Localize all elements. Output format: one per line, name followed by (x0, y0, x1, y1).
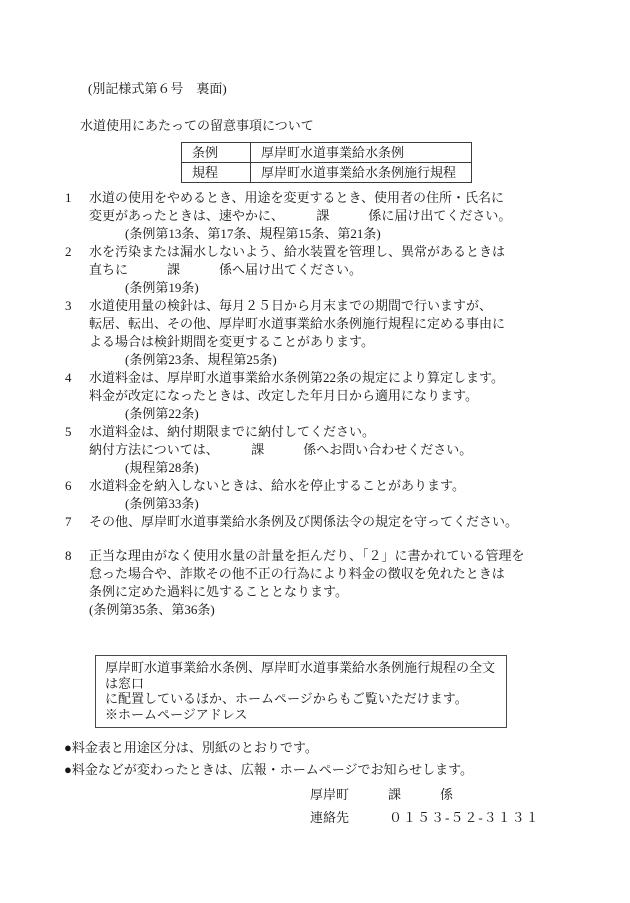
item-citation: (条例第33条) (89, 495, 580, 513)
info-line: に配置しているほか、ホームページからもご覧いただけます。 (105, 691, 497, 707)
item-line: 水道料金は、厚岸町水道事業給水条例第22条の規定により算定します。 (89, 369, 580, 387)
item-line: 料金が改定になったときは、改定した年月日から適用になります。 (89, 387, 580, 405)
info-line: ※ホームページアドレス (105, 707, 497, 723)
item-line: 水道使用量の検針は、毎月２５日から月末までの期間で行いますが、 (89, 297, 580, 315)
contact-phone: ０１５３-５２-３１３１ (389, 809, 540, 827)
item-line: その他、厚岸町水道事業給水条例及び関係法令の規定を守ってください。 (89, 513, 580, 531)
notice-list: 1 水道の使用をやめるとき、用途を変更するとき、使用者の住所・氏名に 変更があっ… (64, 189, 580, 619)
item-number: 3 (64, 297, 89, 369)
list-item: 6 水道料金を納入しないときは、給水を停止することがあります。 (条例第33条) (64, 477, 580, 513)
footer: 厚岸町 課 係 連絡先 ０１５３-５２-３１３１ (310, 786, 580, 827)
bullet-icon: ● (64, 759, 72, 781)
item-citation: (条例第19条) (89, 279, 580, 297)
item-line: 水道料金を納入しないときは、給水を停止することがあります。 (89, 477, 580, 495)
list-item: 7 その他、厚岸町水道事業給水条例及び関係法令の規定を守ってください。 (64, 513, 580, 531)
item-line: 水道料金は、納付期限までに納付してください。 (89, 423, 580, 441)
item-line: よる場合は検針期間を変更することがあります。 (89, 333, 580, 351)
document-page: (別記様式第６号 裏面) 水道使用にあたっての留意事項について 条例 厚岸町水道… (0, 0, 630, 903)
item-number: 1 (64, 189, 89, 243)
row-value: 厚岸町水道事業給水条例 (251, 143, 472, 163)
item-number: 5 (64, 423, 89, 477)
item-line: 水を汚染または漏水しないよう、給水装置を管理し、異常があるときは (89, 243, 580, 261)
contact-label: 連絡先 (310, 809, 349, 827)
item-citation: (規程第28条) (89, 459, 580, 477)
bullet-text: 料金などが変わったときは、広報・ホームページでお知らせします。 (72, 762, 473, 777)
list-item: 2 水を汚染または漏水しないよう、給水装置を管理し、異常があるときは 直ちに 課… (64, 243, 580, 297)
item-line: 怠った場合や、詐欺その他不正の行為により料金の徴収を免れたときは (89, 565, 580, 583)
list-item: 5 水道料金は、納付期限までに納付してください。 納付方法については、 課 係へ… (64, 423, 580, 477)
form-number-note: (別記様式第６号 裏面) (88, 80, 580, 98)
item-citation: (条例第22条) (89, 405, 580, 423)
bullet-item: ●料金などが変わったときは、広報・ホームページでお知らせします。 (64, 759, 580, 781)
bullet-list: ●料金表と用途区分は、別紙のとおりです。 ●料金などが変わったときは、広報・ホー… (64, 737, 580, 781)
item-number: 2 (64, 243, 89, 297)
item-number: 4 (64, 369, 89, 423)
item-line: 条例に定めた過料に処することとなります。 (89, 583, 580, 601)
list-item: 3 水道使用量の検針は、毎月２５日から月末までの期間で行いますが、 転居、転出、… (64, 297, 580, 369)
item-line: 転居、転出、その他、厚岸町水道事業給水条例施行規程に定める事由に (89, 315, 580, 333)
item-number: 7 (64, 513, 89, 531)
info-line: 厚岸町水道事業給水条例、厚岸町水道事業給水条例施行規程の全文は窓口 (105, 660, 497, 691)
bullet-text: 料金表と用途区分は、別紙のとおりです。 (72, 740, 318, 755)
reference-table: 条例 厚岸町水道事業給水条例 規程 厚岸町水道事業給水条例施行規程 (181, 142, 472, 183)
item-line: 変更があったときは、速やかに、 課 係に届け出てください。 (89, 207, 580, 225)
item-citation: (条例第23条、規程第25条) (89, 351, 580, 369)
table-row: 規程 厚岸町水道事業給水条例施行規程 (182, 163, 472, 183)
bullet-item: ●料金表と用途区分は、別紙のとおりです。 (64, 737, 580, 759)
list-item: 1 水道の使用をやめるとき、用途を変更するとき、使用者の住所・氏名に 変更があっ… (64, 189, 580, 243)
row-label: 規程 (182, 163, 251, 183)
item-line: 納付方法については、 課 係へお問い合わせください。 (89, 441, 580, 459)
list-item: 4 水道料金は、厚岸町水道事業給水条例第22条の規定により算定します。 料金が改… (64, 369, 580, 423)
page-title: 水道使用にあたっての留意事項について (80, 117, 580, 135)
info-box: 厚岸町水道事業給水条例、厚岸町水道事業給水条例施行規程の全文は窓口 に配置してい… (95, 655, 507, 728)
item-citation: (条例第13条、第17条、規程第15条、第21条) (89, 225, 580, 243)
row-label: 条例 (182, 143, 251, 163)
row-value: 厚岸町水道事業給水条例施行規程 (251, 163, 472, 183)
bullet-icon: ● (64, 737, 72, 759)
item-number: 6 (64, 477, 89, 513)
item-citation: (条例第35条、第36条) (89, 601, 580, 619)
list-item: 8 正当な理由がなく使用水量の計量を拒んだり、「２」に書かれている管理を 怠った… (64, 547, 580, 619)
item-line: 正当な理由がなく使用水量の計量を拒んだり、「２」に書かれている管理を (89, 547, 580, 565)
contact-line: 連絡先 ０１５３-５２-３１３１ (310, 809, 580, 827)
item-line: 水道の使用をやめるとき、用途を変更するとき、使用者の住所・氏名に (89, 189, 580, 207)
table-row: 条例 厚岸町水道事業給水条例 (182, 143, 472, 163)
item-line: 直ちに 課 係へ届け出てください。 (89, 261, 580, 279)
item-number: 8 (64, 547, 89, 619)
office-line: 厚岸町 課 係 (310, 786, 580, 804)
